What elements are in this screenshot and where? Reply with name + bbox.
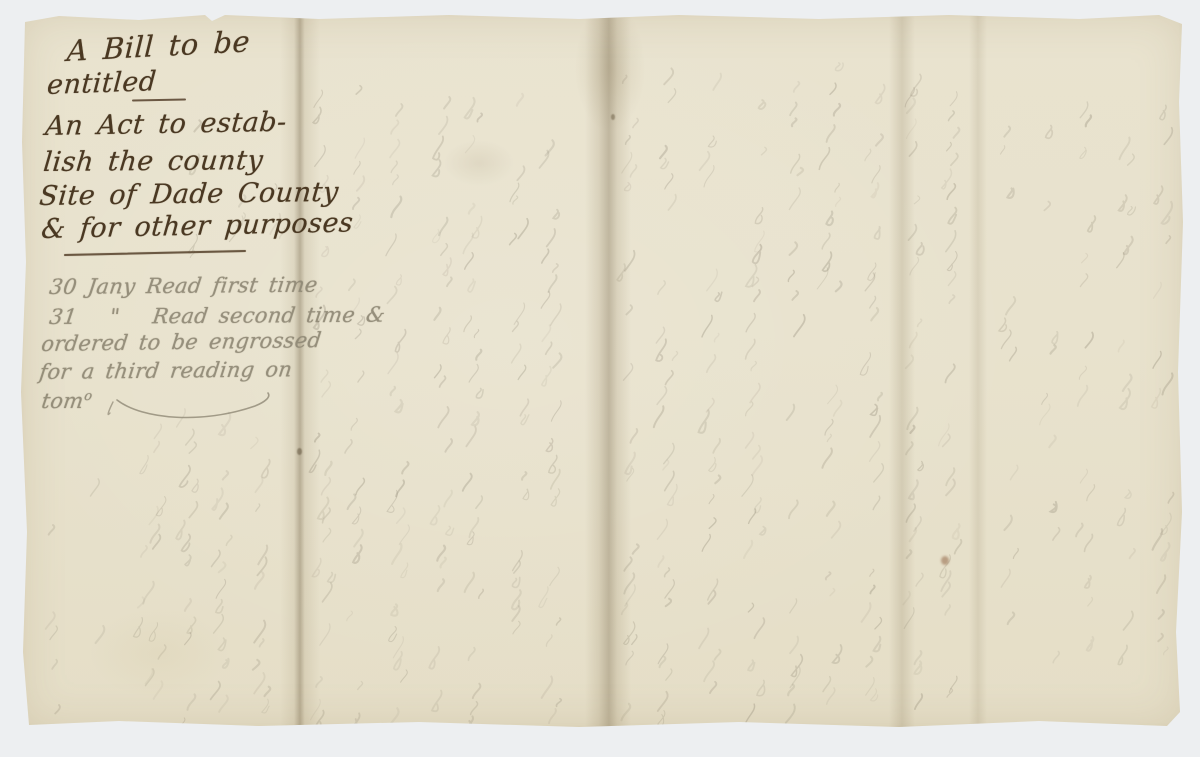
pencil-docket-line: 30 Jany Read first time <box>48 273 319 299</box>
scanned-document-background: A Bill to be entitled An Act to estab- l… <box>0 0 1200 757</box>
ink-title-line: An Act to estab- <box>44 107 288 142</box>
ink-title-line: & for other purposes <box>40 207 355 245</box>
pencil-flourish-stroke <box>83 380 303 440</box>
ink-title-line: Site of Dade County <box>38 177 340 212</box>
ink-title-line: lish the county <box>42 145 265 178</box>
pencil-docket-line: ordered to be engrossed <box>40 328 323 356</box>
ink-title-line: entitled <box>46 66 158 101</box>
manuscript-page: A Bill to be entitled An Act to estab- l… <box>19 12 1186 730</box>
pencil-docket-line: 31 " Read second time & <box>48 303 387 329</box>
